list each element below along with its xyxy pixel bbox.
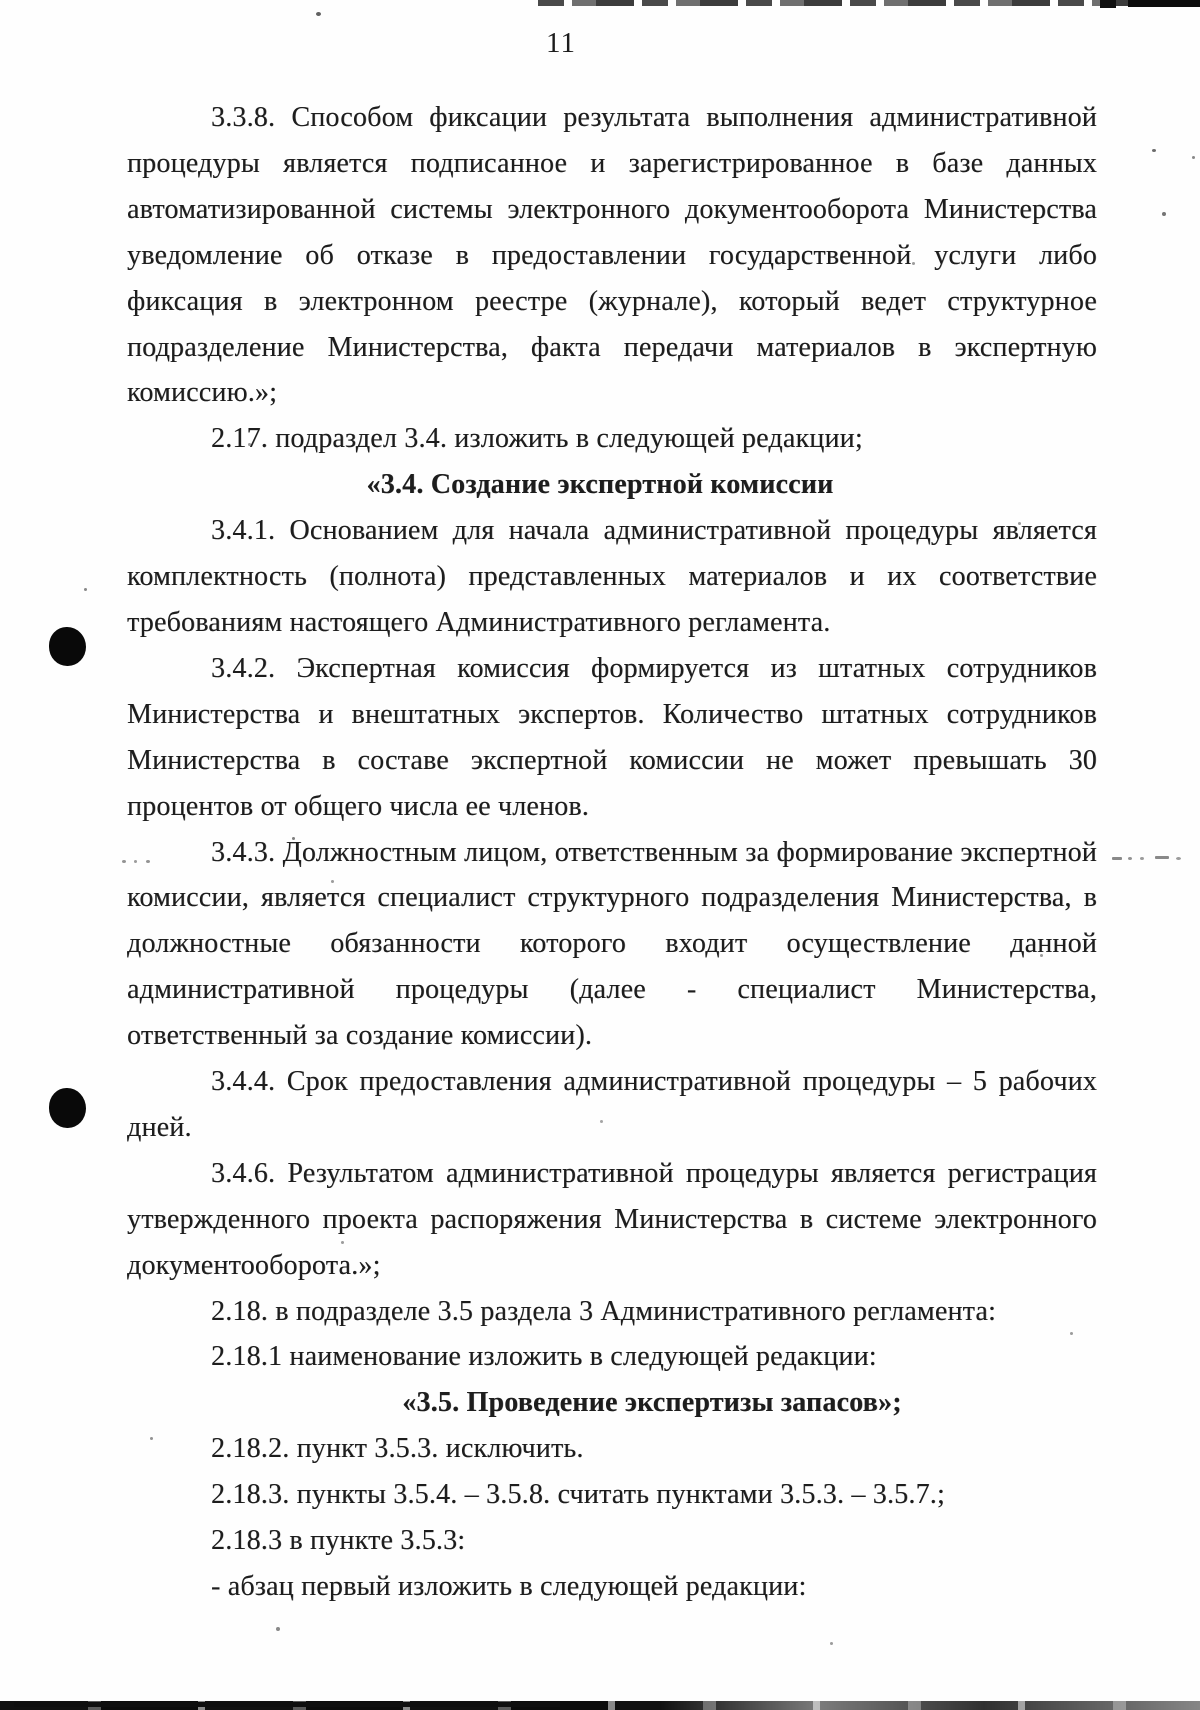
paragraph-line: утвержденного проекта распоряжения Минис… <box>127 1197 1097 1243</box>
scanned-document-page: 11 3.3.8. Способом фиксации результата в… <box>0 0 1200 1710</box>
paragraph-line: процентов от общего числа ее членов. <box>127 784 1097 830</box>
paragraph-line: - абзац первый изложить в следующей реда… <box>127 1564 1097 1610</box>
paragraph-line: должностные обязанности которого входит … <box>127 921 1097 967</box>
scan-speck <box>912 262 915 265</box>
scan-speck <box>830 1642 833 1645</box>
scan-speck <box>331 880 334 883</box>
paragraph-line: 3.4.2. Экспертная комиссия формируется и… <box>127 646 1097 692</box>
paragraph-line: комиссии, является специалист структурно… <box>127 875 1097 921</box>
scan-edge-bottom-artifact <box>0 1701 1200 1710</box>
scan-speck <box>736 170 739 173</box>
scan-edge-top-artifact <box>538 0 1200 6</box>
paragraph-line: 3.4.4. Срок предоставления административ… <box>127 1059 1097 1105</box>
paragraph-line: 2.18. в подразделе 3.5 раздела 3 Админис… <box>127 1289 1097 1335</box>
paragraph-line: 3.4.6. Результатом административной проц… <box>127 1151 1097 1197</box>
paragraph-line: процедуры является подписанное и зарегис… <box>127 141 1097 187</box>
paragraph-line: дней. <box>127 1105 1097 1151</box>
punch-hole-mark <box>49 627 86 666</box>
paragraph-line: 3.3.8. Способом фиксации результата выпо… <box>127 95 1097 141</box>
scan-speck <box>146 860 150 863</box>
scan-speck <box>1128 857 1132 860</box>
paragraph-line: 2.18.3. пункты 3.5.4. – 3.5.8. считать п… <box>127 1472 1097 1518</box>
paragraph-line: 3.4.3. Должностным лицом, ответственным … <box>127 830 1097 876</box>
scan-speck <box>341 1241 344 1244</box>
scan-speck <box>316 12 321 16</box>
scan-speck <box>600 1120 603 1123</box>
paragraph-line: комплектность (полнота) представленных м… <box>127 554 1097 600</box>
scan-speck <box>1152 149 1156 152</box>
paragraph-line: Министерства и внештатных экспертов. Кол… <box>127 692 1097 738</box>
scan-speck <box>276 1627 280 1631</box>
scan-speck <box>1176 857 1181 860</box>
paragraph-line: автоматизированной системы электронного … <box>127 187 1097 233</box>
scan-speck <box>84 588 87 591</box>
paragraph-line: 2.17. подраздел 3.4. изложить в следующе… <box>127 416 1097 462</box>
punch-hole-mark <box>49 1088 86 1128</box>
scan-speck <box>1162 212 1166 216</box>
scan-speck <box>122 860 126 863</box>
paragraph-line: подразделение Министерства, факта переда… <box>127 325 1097 371</box>
paragraph-line: ответственный за создание комиссии). <box>127 1013 1097 1059</box>
paragraph-line: 2.18.1 наименование изложить в следующей… <box>127 1334 1097 1380</box>
scan-speck <box>1040 954 1043 957</box>
paragraph-line: 2.18.3 в пункте 3.5.3: <box>127 1518 1097 1564</box>
paragraph-line: комиссию.»; <box>127 370 1097 416</box>
paragraph-line: требованиям настоящего Административного… <box>127 600 1097 646</box>
paragraph-line: уведомление об отказе в предоставлении г… <box>127 233 1097 279</box>
paragraph-line: документооборота.»; <box>127 1243 1097 1289</box>
section-heading: «3.5. Проведение экспертизы запасов»; <box>167 1380 1137 1426</box>
scan-speck <box>292 837 295 840</box>
paragraph-line: административной процедуры (далее - спец… <box>127 967 1097 1013</box>
paragraph-line: 3.4.1. Основанием для начала администрат… <box>127 508 1097 554</box>
scan-speck <box>134 860 137 863</box>
scan-speck <box>1018 522 1021 525</box>
scan-speck <box>1155 856 1169 859</box>
page-number: 11 <box>496 27 626 60</box>
scan-speck <box>150 1437 153 1440</box>
scan-speck <box>248 443 251 446</box>
scan-speck <box>1140 857 1144 860</box>
paragraph-line: 2.18.2. пункт 3.5.3. исключить. <box>127 1426 1097 1472</box>
paragraph-line: Министерства в составе экспертной комисс… <box>127 738 1097 784</box>
section-heading: «3.4. Создание экспертной комиссии <box>115 462 1085 508</box>
scan-speck <box>1070 1332 1073 1335</box>
scan-speck <box>1112 857 1122 860</box>
document-text: 3.3.8. Способом фиксации результата выпо… <box>127 95 1097 1610</box>
scan-speck <box>1192 156 1195 159</box>
paragraph-line: фиксация в электронном реестре (журнале)… <box>127 279 1097 325</box>
